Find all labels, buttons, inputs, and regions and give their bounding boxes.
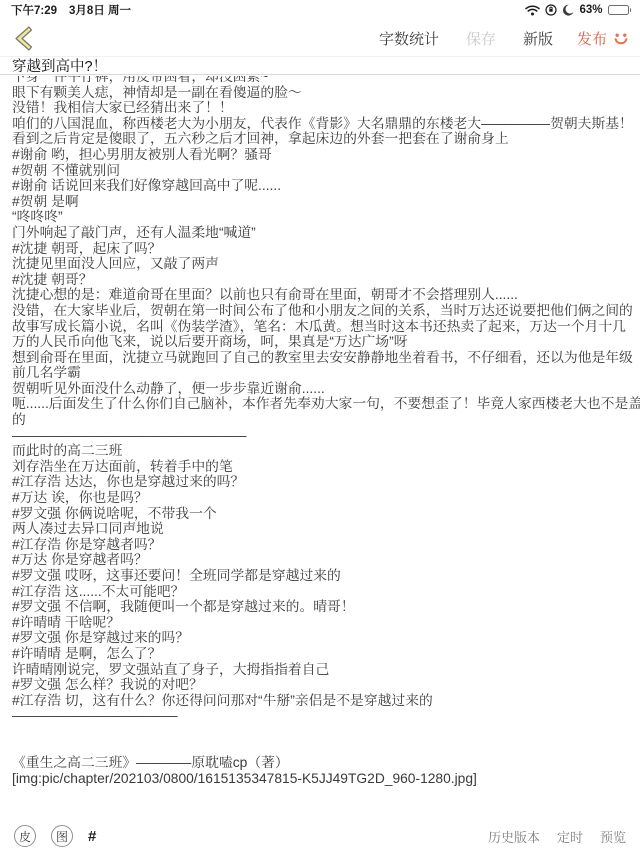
- history-versions-button[interactable]: 历史版本: [488, 827, 540, 846]
- save-button[interactable]: 保存: [466, 28, 496, 49]
- publish-button[interactable]: 发布: [577, 28, 607, 49]
- preview-button[interactable]: 预览: [600, 827, 626, 846]
- insert-image-button-label: 图: [56, 828, 68, 845]
- hashtag-button[interactable]: #: [88, 828, 96, 845]
- battery-percent: 63%: [579, 4, 602, 16]
- back-chevron-icon[interactable]: [13, 25, 33, 52]
- wifi-icon: [525, 5, 540, 16]
- chapter-body-editor[interactable]: 下身一件牛仔裤，用皮带困着，却没困紧~ 眼下有颗美人痣，神情却是一副在看傻逼的脸…: [0, 76, 640, 819]
- new-version-button[interactable]: 新版: [523, 28, 553, 49]
- editor-toolbar: 字数统计 保存 新版 发布: [0, 20, 640, 57]
- chapter-body-text[interactable]: 下身一件牛仔裤，用皮带困着，却没困紧~ 眼下有颗美人痣，神情却是一副在看傻逼的脸…: [0, 76, 640, 786]
- chapter-title-row[interactable]: 穿越到高中?！: [0, 57, 640, 75]
- editor-app-screen: 下午7:29 3月8日 周一: [0, 0, 640, 853]
- battery-icon: [608, 5, 632, 16]
- status-bar: 下午7:29 3月8日 周一: [0, 0, 640, 20]
- status-date: 3月8日 周一: [69, 2, 131, 18]
- scheduled-publish-button[interactable]: 定时: [557, 827, 583, 846]
- smiley-icon[interactable]: [612, 29, 630, 47]
- skin-button-label: 皮: [19, 828, 31, 845]
- status-time: 下午7:29: [11, 2, 57, 18]
- moon-icon: [562, 4, 574, 16]
- word-count-button[interactable]: 字数统计: [379, 28, 439, 49]
- bottom-toolbar: 皮 图 # 历史版本 定时 预览: [0, 819, 640, 853]
- insert-image-button[interactable]: 图: [51, 825, 73, 847]
- orientation-lock-icon: [545, 4, 557, 16]
- skin-button[interactable]: 皮: [14, 825, 36, 847]
- chapter-title[interactable]: 穿越到高中?！: [12, 55, 107, 76]
